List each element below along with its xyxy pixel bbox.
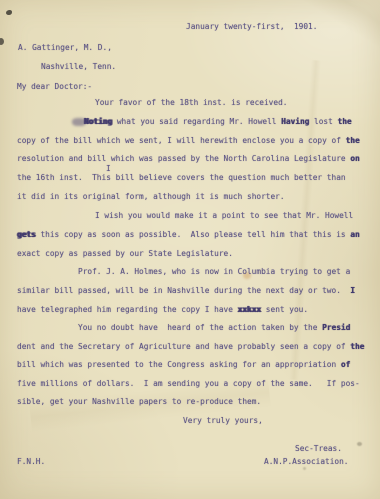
- text-segment: lost: [309, 117, 337, 126]
- body-line: dent and the Secretary of Agriculture an…: [17, 342, 364, 352]
- body-line: the 16th inst. This bill believe covers …: [17, 173, 346, 183]
- body-line: Prof. J. A. Holmes, who is now in Columb…: [78, 267, 350, 277]
- overstruck-word: Noting: [84, 117, 112, 126]
- bold-segment: on: [350, 154, 359, 163]
- body-line: sible, get your Nashville papers to re-p…: [17, 397, 261, 407]
- text-segment: the 16th inst. This bill believe covers …: [17, 173, 346, 182]
- recipient-name-text: A. Gattinger, M. D.,: [18, 43, 112, 52]
- overstruck-word: gets: [17, 230, 36, 239]
- date-text: January twenty-first, 1901.: [186, 22, 317, 31]
- text-segment: copy of the bill which we sent, I will h…: [17, 136, 346, 145]
- typist-initials: F.N.H.: [17, 457, 45, 467]
- struck-out-word: xxkxx: [238, 305, 261, 314]
- ink-spot: [6, 10, 12, 15]
- date-line: January twenty-first, 1901.: [186, 22, 317, 32]
- bold-segment: Having: [281, 117, 309, 126]
- body-line: it did in its original form, although it…: [17, 192, 285, 202]
- closing-text: Very truly yours,: [183, 416, 263, 425]
- text-segment: You no doubt have heard of the action ta…: [78, 323, 322, 332]
- signature-org-text: A.N.P.Association.: [264, 457, 349, 466]
- recipient-name: A. Gattinger, M. D.,: [18, 43, 112, 53]
- body-line: Your favor of the 18th inst. is received…: [95, 98, 287, 108]
- text-segment: five millions of dollars. I am sending y…: [17, 379, 360, 388]
- text-segment: I wish you would make it a point to see …: [95, 211, 353, 220]
- bold-segment: of: [341, 360, 350, 369]
- body-line: copy of the bill which we sent, I will h…: [17, 136, 360, 146]
- text-segment: Prof. J. A. Holmes, who is now in Columb…: [78, 267, 350, 276]
- body-line: have telegraphed him regarding the copy …: [17, 305, 308, 315]
- ink-spot: [303, 467, 306, 470]
- ink-spot: [0, 38, 4, 45]
- text-segment: exact copy as passed by our State Legisl…: [17, 249, 233, 258]
- text-segment: what you said regarding Mr. Howell: [112, 117, 281, 126]
- closing-line: Very truly yours,: [183, 416, 263, 426]
- bold-segment: Presid: [322, 323, 350, 332]
- bold-segment: an: [350, 230, 359, 239]
- salutation: My dear Doctor:-: [17, 82, 92, 92]
- text-segment: sent you.: [261, 305, 308, 314]
- body-line: I wish you would make it a point to see …: [95, 211, 353, 221]
- body-line: five millions of dollars. I am sending y…: [17, 379, 360, 389]
- bold-segment: the: [338, 117, 352, 126]
- bold-segment: the: [346, 136, 360, 145]
- recipient-city-text: Nashville, Tenn.: [41, 62, 116, 71]
- letter-page: January twenty-first, 1901. A. Gattinger…: [0, 0, 380, 499]
- body-line: Noting what you said regarding Mr. Howel…: [84, 117, 352, 127]
- signature-org: A.N.P.Association.: [264, 457, 349, 467]
- body-line: bill which was presented to the Congress…: [17, 360, 350, 370]
- signature-title-text: Sec-Treas.: [295, 444, 342, 453]
- text-segment: Your favor of the 18th inst. is received…: [95, 98, 287, 107]
- text-segment: it did in its original form, although it…: [17, 192, 285, 201]
- body-line: You no doubt have heard of the action ta…: [78, 323, 350, 333]
- text-segment: similar bill passed, will be in Nashvill…: [17, 286, 350, 295]
- signature-title: Sec-Treas.: [295, 444, 342, 454]
- body-line: resolution and bill which was passed by …: [17, 154, 360, 164]
- text-segment: this copy as soon as possible. Also plea…: [36, 230, 351, 239]
- recipient-city: Nashville, Tenn.: [41, 62, 116, 72]
- paper-crease: [210, 0, 380, 91]
- bold-segment: I: [350, 286, 355, 295]
- text-segment: dent and the Secretary of Agriculture an…: [17, 342, 350, 351]
- text-segment: have telegraphed him regarding the copy …: [17, 305, 238, 314]
- inserted-letter: I: [106, 164, 111, 173]
- text-segment: bill which was presented to the Congress…: [17, 360, 341, 369]
- text-segment: resolution and bill which was passed by …: [17, 154, 350, 163]
- typist-initials-text: F.N.H.: [17, 457, 45, 466]
- salutation-text: My dear Doctor:-: [17, 82, 92, 91]
- text-segment: sible, get your Nashville papers to re-p…: [17, 397, 261, 406]
- body-line: exact copy as passed by our State Legisl…: [17, 249, 233, 259]
- body-line: gets this copy as soon as possible. Also…: [17, 230, 360, 240]
- bold-segment: the: [350, 342, 364, 351]
- body-line: similar bill passed, will be in Nashvill…: [17, 286, 355, 296]
- ink-spot: [357, 442, 362, 446]
